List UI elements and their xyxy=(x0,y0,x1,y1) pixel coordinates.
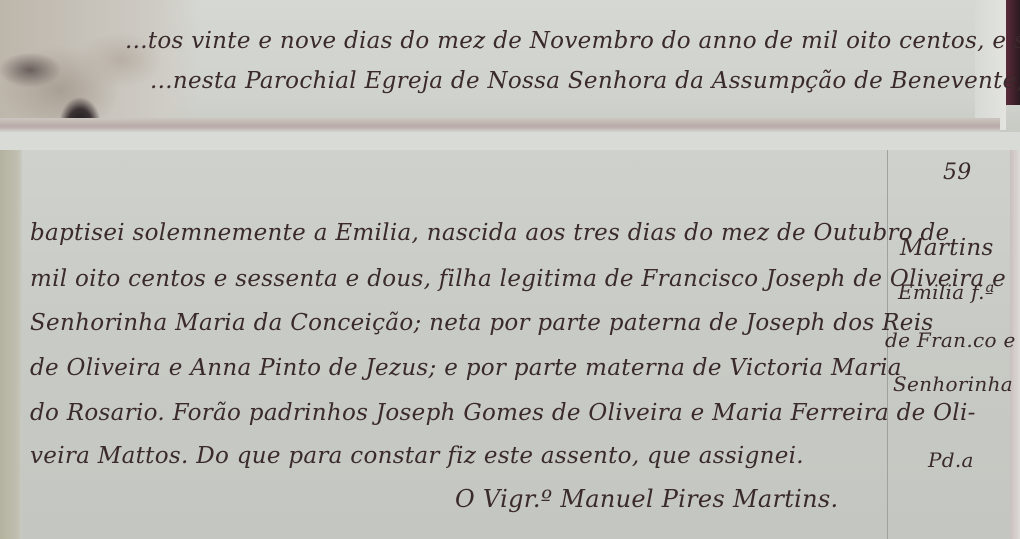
page-number: 59 xyxy=(943,160,972,185)
page-shadow xyxy=(975,0,1006,130)
page-gutter xyxy=(0,150,22,539)
register-page: 59 baptisei solemnemente a Emilia, nasci… xyxy=(0,150,1020,539)
vicar-signature: O Vigr.º Manuel Pires Martins. xyxy=(455,485,838,513)
margin-surname: Martins xyxy=(900,235,994,261)
record-line-2: mil oito centos e sessenta e dous, filha… xyxy=(30,266,1006,292)
paper-band xyxy=(0,132,1020,150)
margin-father: de Fran.co e xyxy=(885,328,1016,352)
record-line-3: Senhorinha Maria da Conceição; neta por … xyxy=(30,310,933,336)
paper-edge xyxy=(0,118,1000,132)
margin-mother: Senhorinha xyxy=(893,372,1013,396)
previous-page-fragment: ...tos vinte e nove dias do mez de Novem… xyxy=(0,0,1020,150)
record-line-6: veira Mattos. Do que para constar fiz es… xyxy=(30,443,804,469)
record-line-5: do Rosario. Forão padrinhos Joseph Gomes… xyxy=(30,400,976,426)
margin-child: Emilia f.ª xyxy=(898,280,995,304)
margin-note: Pd.a xyxy=(928,448,974,472)
record-line-1: baptisei solemnemente a Emilia, nascida … xyxy=(30,220,949,246)
fragment-line-2: ...nesta Parochial Egreja de Nossa Senho… xyxy=(150,68,1020,94)
fragment-line-1: ...tos vinte e nove dias do mez de Novem… xyxy=(125,28,1020,54)
record-line-4: de Oliveira e Anna Pinto de Jezus; e por… xyxy=(30,355,902,381)
